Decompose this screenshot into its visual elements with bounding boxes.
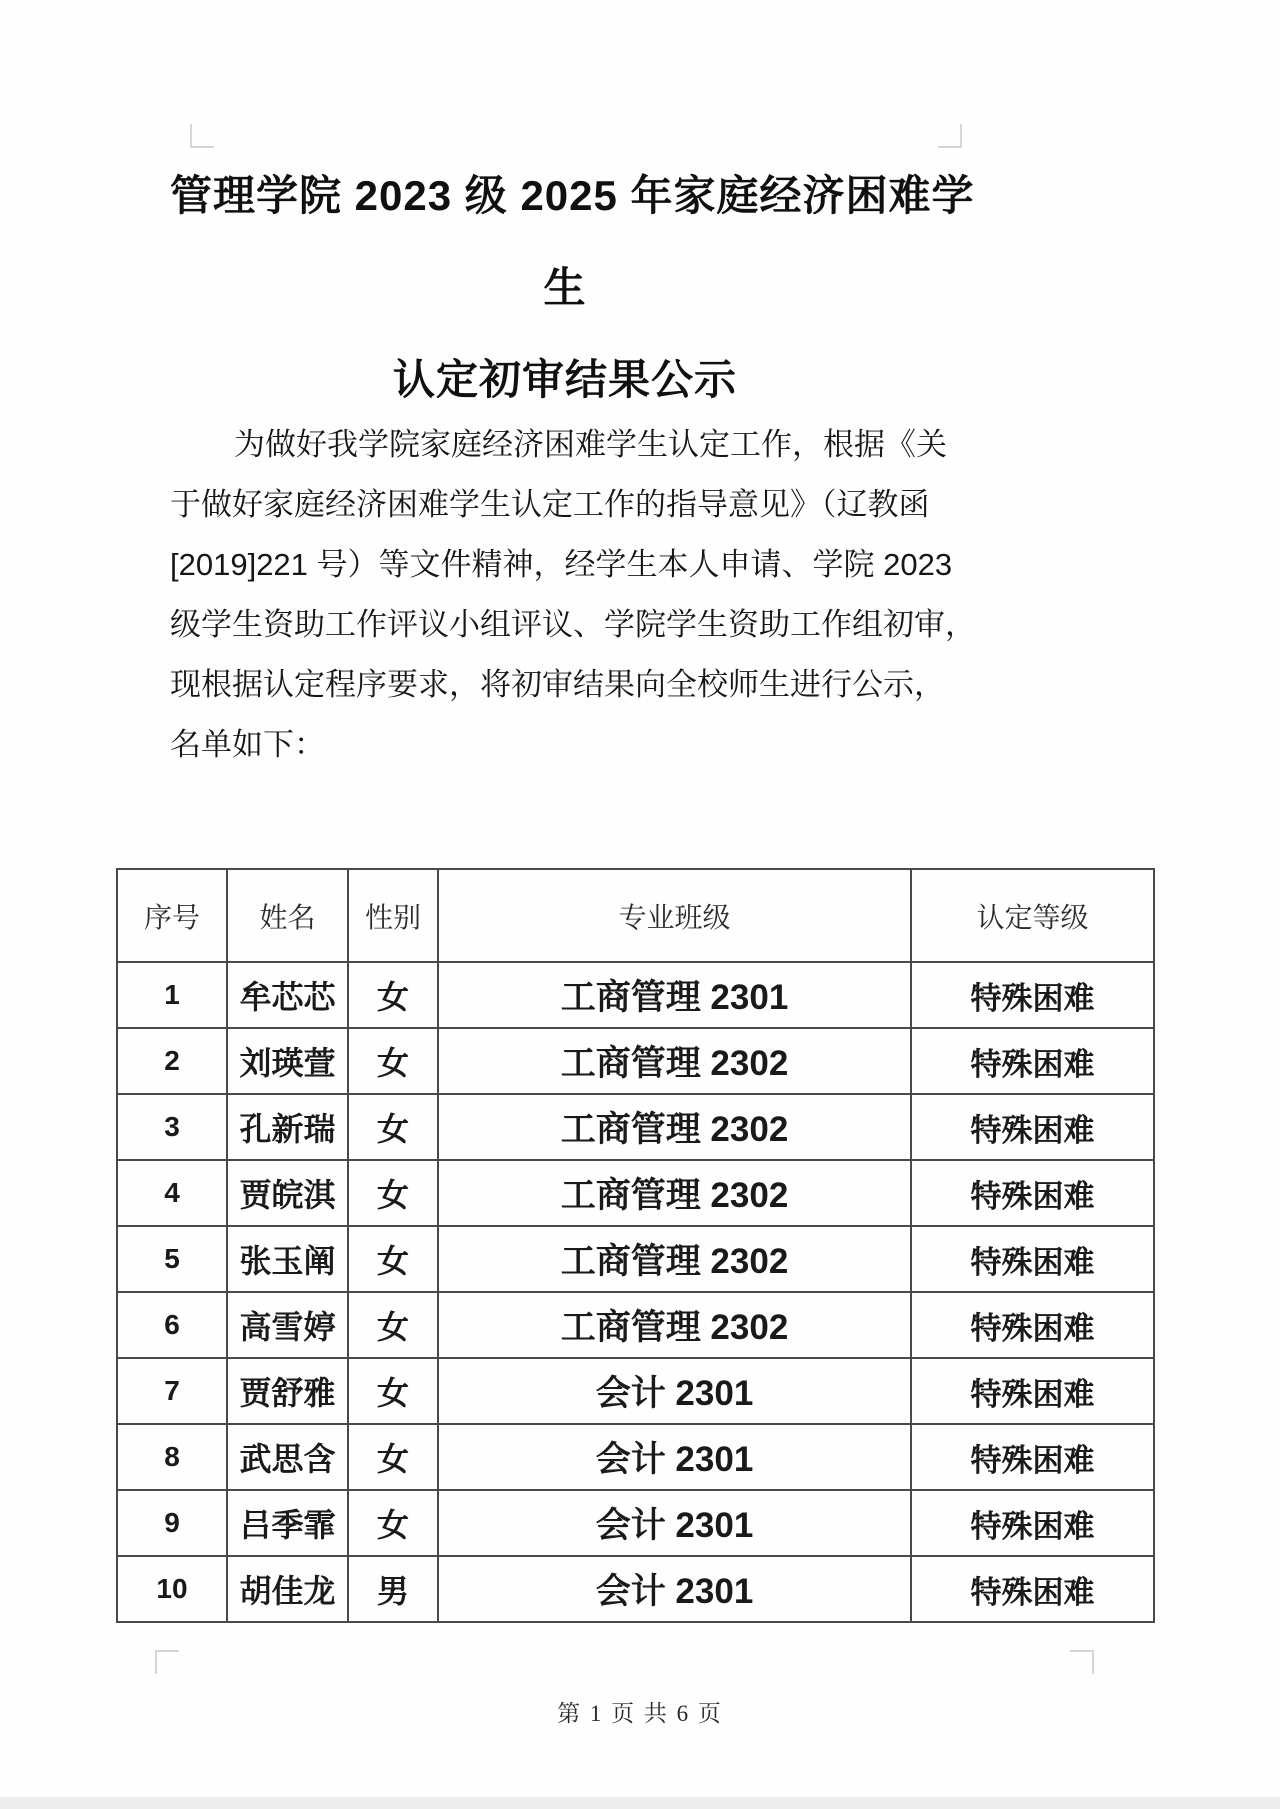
cell-gender: 女 (348, 1094, 438, 1160)
corner-mark-bottom-right (1070, 1650, 1094, 1674)
table-row: 1 牟芯芯 女 工商管理 2301 特殊困难 (117, 962, 1154, 1028)
cell-class: 工商管理 2302 (438, 1094, 911, 1160)
scan-edge-shadow (0, 1797, 1280, 1809)
table-row: 6 高雪婷 女 工商管理 2302 特殊困难 (117, 1292, 1154, 1358)
table-row: 7 贾舒雅 女 会计 2301 特殊困难 (117, 1358, 1154, 1424)
page-number-footer: 第 1 页 共 6 页 (0, 1695, 1280, 1728)
cell-index: 8 (117, 1424, 227, 1490)
cell-index: 10 (117, 1556, 227, 1622)
cell-class: 工商管理 2302 (438, 1226, 911, 1292)
cell-class: 工商管理 2302 (438, 1292, 911, 1358)
header-class: 专业班级 (438, 869, 911, 962)
students-table: 序号 姓名 性别 专业班级 认定等级 1 牟芯芯 女 工商管理 2301 特殊困… (116, 868, 1155, 1623)
cell-gender: 女 (348, 1424, 438, 1490)
cell-level: 特殊困难 (911, 1292, 1154, 1358)
cell-level: 特殊困难 (911, 1490, 1154, 1556)
header-level: 认定等级 (911, 869, 1154, 962)
cell-index: 2 (117, 1028, 227, 1094)
table-row: 10 胡佳龙 男 会计 2301 特殊困难 (117, 1556, 1154, 1622)
paragraph-line: 名单如下： (170, 715, 970, 775)
table-row: 4 贾皖淇 女 工商管理 2302 特殊困难 (117, 1160, 1154, 1226)
cell-gender: 女 (348, 1160, 438, 1226)
table-row: 5 张玉阐 女 工商管理 2302 特殊困难 (117, 1226, 1154, 1292)
cell-index: 9 (117, 1490, 227, 1556)
cell-gender: 女 (348, 1358, 438, 1424)
cell-gender: 女 (348, 962, 438, 1028)
cell-name: 高雪婷 (227, 1292, 348, 1358)
corner-mark-top-left (190, 124, 214, 148)
corner-mark-top-right (938, 124, 962, 148)
cell-gender: 女 (348, 1226, 438, 1292)
table-header-row: 序号 姓名 性别 专业班级 认定等级 (117, 869, 1154, 962)
header-index: 序号 (117, 869, 227, 962)
cell-name: 贾皖淇 (227, 1160, 348, 1226)
table-row: 9 吕季霏 女 会计 2301 特殊困难 (117, 1490, 1154, 1556)
cell-class: 工商管理 2301 (438, 962, 911, 1028)
cell-gender: 女 (348, 1028, 438, 1094)
cell-level: 特殊困难 (911, 1424, 1154, 1490)
header-name: 姓名 (227, 869, 348, 962)
cell-name: 胡佳龙 (227, 1556, 348, 1622)
paragraph-line: 为做好我学院家庭经济困难学生认定工作，根据《关 (170, 415, 970, 475)
document-title: 管理学院 2023 级 2025 年家庭经济困难学 生 认定初审结果公示 (170, 150, 960, 426)
header-gender: 性别 (348, 869, 438, 962)
cell-gender: 女 (348, 1490, 438, 1556)
paragraph-line: [2019]221 号）等文件精神，经学生本人申请、学院 2023 (170, 535, 970, 595)
paragraph-line: 级学生资助工作评议小组评议、学院学生资助工作组初审， (170, 595, 970, 655)
cell-level: 特殊困难 (911, 1028, 1154, 1094)
cell-index: 5 (117, 1226, 227, 1292)
cell-level: 特殊困难 (911, 1160, 1154, 1226)
table-row: 8 武思含 女 会计 2301 特殊困难 (117, 1424, 1154, 1490)
cell-class: 会计 2301 (438, 1358, 911, 1424)
cell-name: 贾舒雅 (227, 1358, 348, 1424)
cell-name: 张玉阐 (227, 1226, 348, 1292)
cell-gender: 女 (348, 1292, 438, 1358)
cell-index: 6 (117, 1292, 227, 1358)
cell-gender: 男 (348, 1556, 438, 1622)
cell-index: 1 (117, 962, 227, 1028)
intro-paragraph: 为做好我学院家庭经济困难学生认定工作，根据《关 于做好家庭经济困难学生认定工作的… (170, 415, 970, 775)
document-page: 管理学院 2023 级 2025 年家庭经济困难学 生 认定初审结果公示 为做好… (0, 0, 1280, 1809)
cell-level: 特殊困难 (911, 1226, 1154, 1292)
cell-class: 工商管理 2302 (438, 1028, 911, 1094)
cell-class: 会计 2301 (438, 1556, 911, 1622)
cell-name: 武思含 (227, 1424, 348, 1490)
cell-name: 刘瑛萱 (227, 1028, 348, 1094)
corner-mark-bottom-left (155, 1650, 179, 1674)
title-line-3: 认定初审结果公示 (170, 334, 960, 426)
cell-index: 4 (117, 1160, 227, 1226)
cell-class: 会计 2301 (438, 1490, 911, 1556)
cell-class: 会计 2301 (438, 1424, 911, 1490)
title-line-1: 管理学院 2023 级 2025 年家庭经济困难学 (170, 150, 960, 242)
cell-level: 特殊困难 (911, 1556, 1154, 1622)
cell-index: 7 (117, 1358, 227, 1424)
table-row: 2 刘瑛萱 女 工商管理 2302 特殊困难 (117, 1028, 1154, 1094)
title-line-2: 生 (170, 242, 960, 334)
cell-name: 牟芯芯 (227, 962, 348, 1028)
paragraph-line: 现根据认定程序要求，将初审结果向全校师生进行公示， (170, 655, 970, 715)
cell-index: 3 (117, 1094, 227, 1160)
cell-level: 特殊困难 (911, 962, 1154, 1028)
cell-level: 特殊困难 (911, 1094, 1154, 1160)
cell-name: 孔新瑞 (227, 1094, 348, 1160)
cell-name: 吕季霏 (227, 1490, 348, 1556)
cell-level: 特殊困难 (911, 1358, 1154, 1424)
table-row: 3 孔新瑞 女 工商管理 2302 特殊困难 (117, 1094, 1154, 1160)
paragraph-line: 于做好家庭经济困难学生认定工作的指导意见》（辽教函 (170, 475, 970, 535)
cell-class: 工商管理 2302 (438, 1160, 911, 1226)
